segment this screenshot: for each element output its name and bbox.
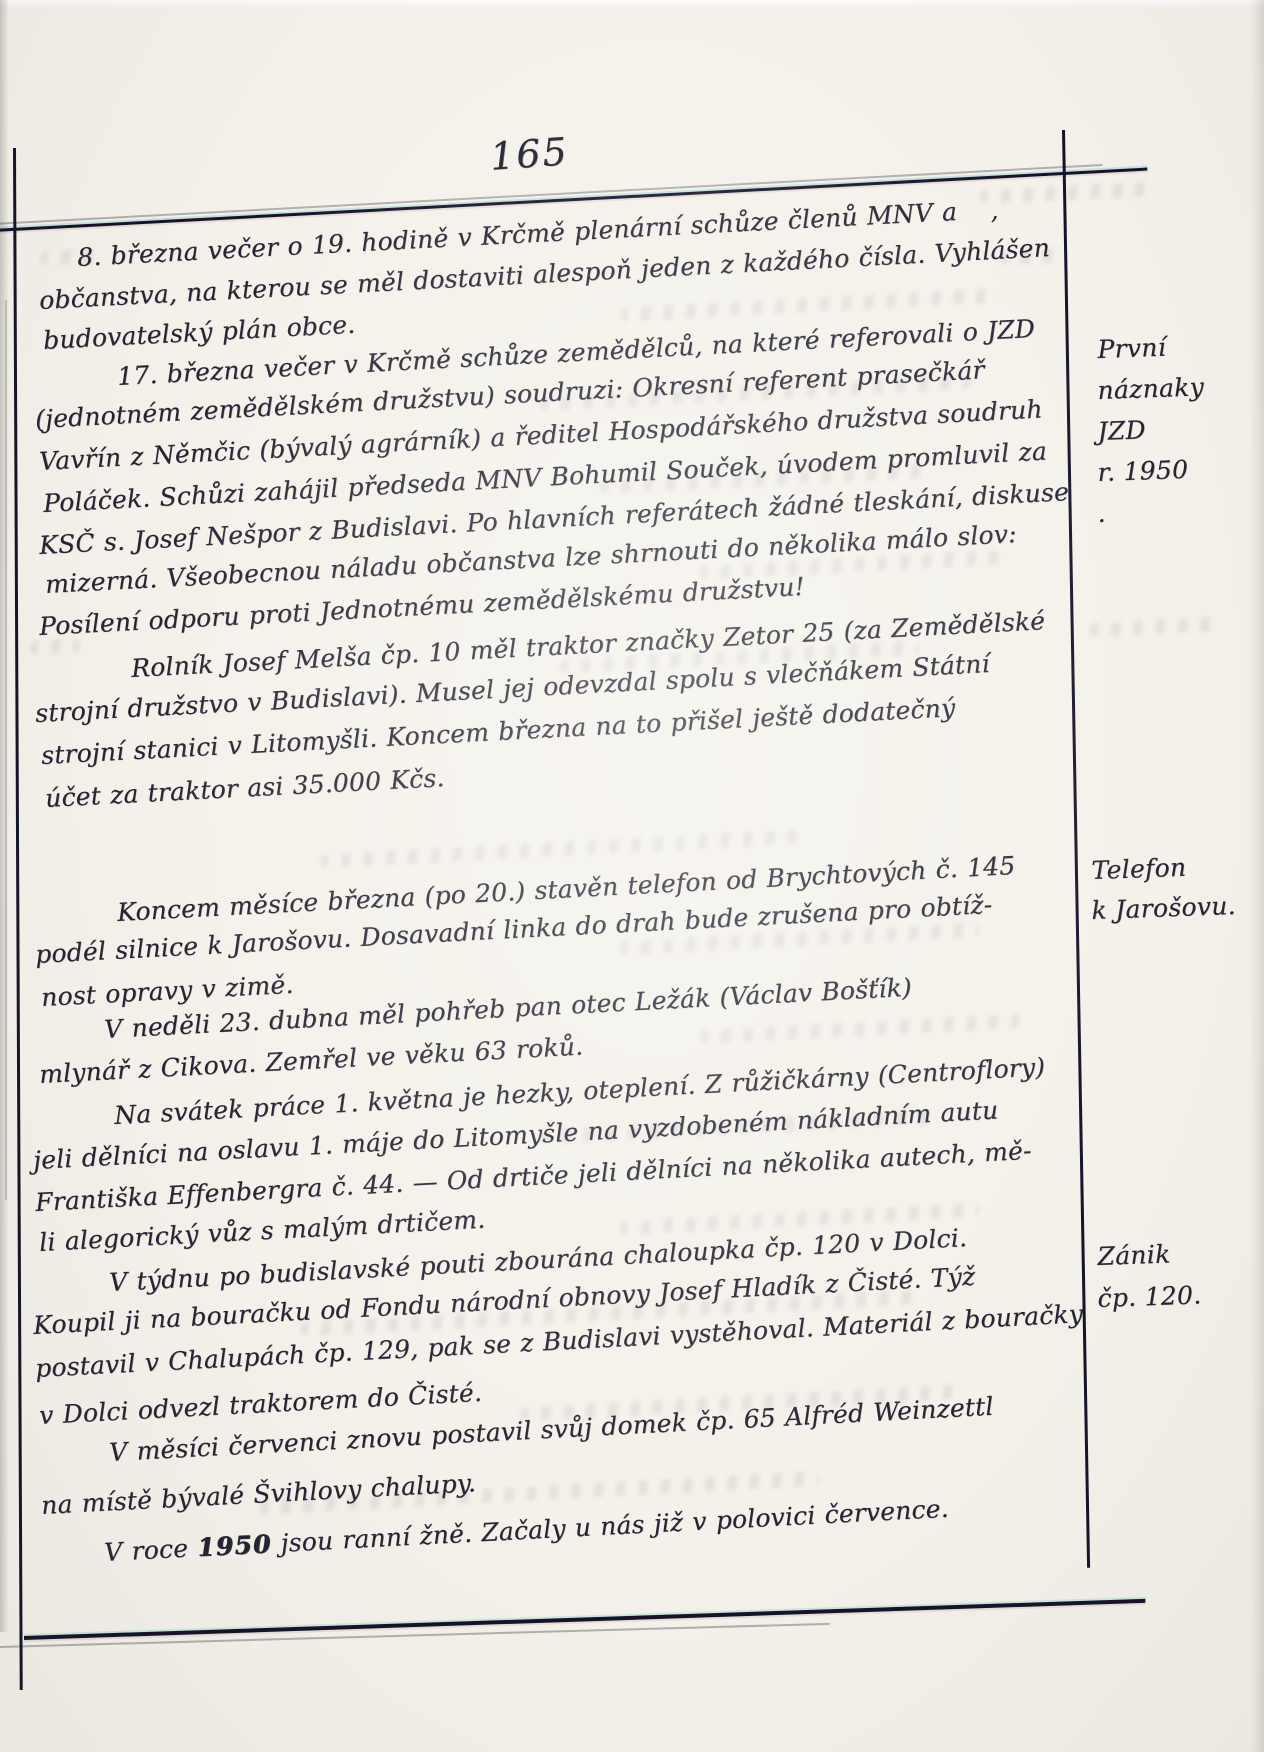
left-margin-rule (13, 148, 22, 1690)
handwritten-line: účet za traktor asi 35.000 Kčs. (44, 763, 445, 813)
bleedthrough-mark (1000, 248, 1061, 265)
bleedthrough-mark (30, 639, 81, 656)
scan-right-edge (1250, 0, 1264, 1752)
chronicle-page-scan: 165 ’ 8. března večer o 19. hodině v Krč… (0, 0, 1264, 1752)
handwritten-line: budovatelský plán obce. (42, 310, 356, 355)
margin-note-line: k Jarošovu. (1091, 891, 1236, 925)
bleedthrough-mark (1090, 617, 1221, 638)
page-number: 165 (489, 129, 570, 178)
handwritten-line: nost opravy v zimě. (40, 970, 294, 1012)
overwritten-year: 1950 (197, 1529, 273, 1562)
bottom-rule (24, 1599, 1145, 1640)
scan-top-edge (0, 0, 1264, 8)
margin-note-line: náznaky (1097, 372, 1205, 405)
margin-note-line: čp. 120. (1097, 1280, 1202, 1313)
margin-note-line: . (1097, 499, 1106, 528)
bleedthrough-mark (700, 1014, 1020, 1045)
margin-note-line: Telefon (1091, 853, 1187, 885)
right-margin-rule (1062, 130, 1090, 1568)
margin-note-line: r. 1950 (1097, 455, 1189, 487)
margin-note-line: Zánik (1097, 1239, 1171, 1271)
left-margin-rule-echo (5, 300, 7, 1200)
margin-note-line: První (1097, 333, 1166, 364)
bleedthrough-mark (620, 288, 1000, 322)
margin-note-line: JZD (1097, 415, 1146, 446)
bleedthrough-mark (320, 829, 800, 868)
